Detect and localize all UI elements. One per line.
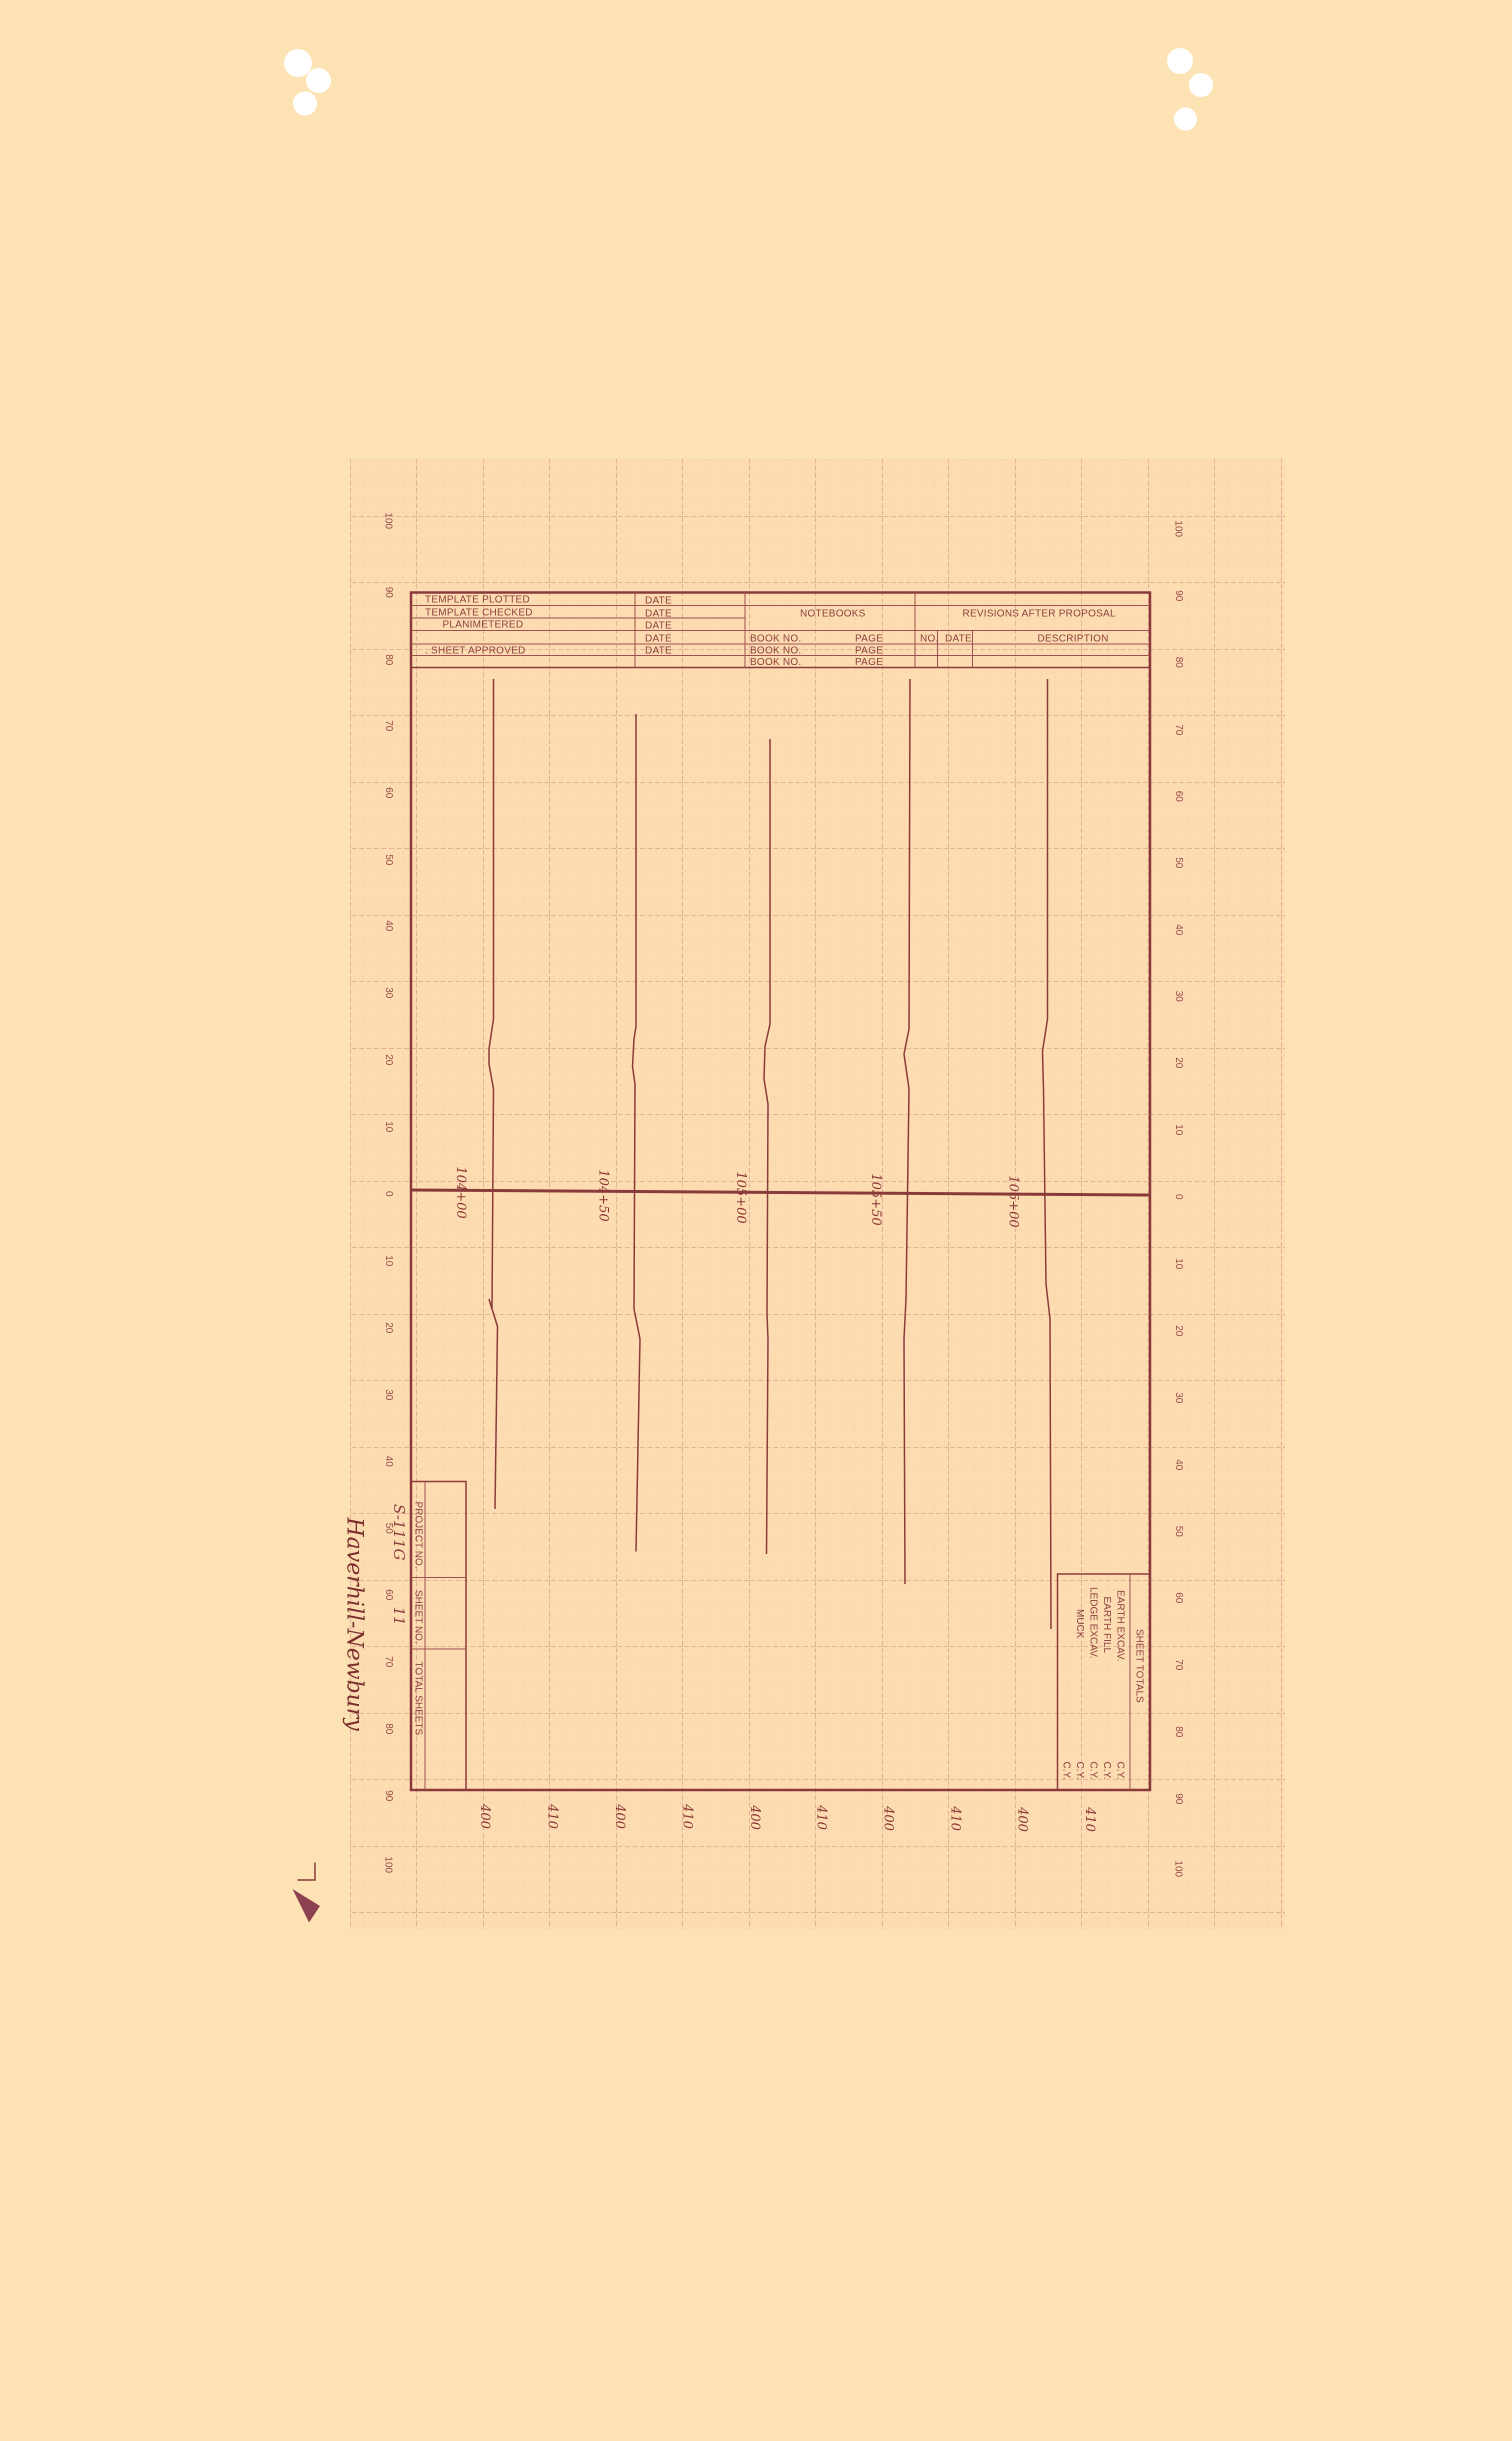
axis-label: 80 <box>1173 656 1184 667</box>
station-label: 106+00 <box>1006 1175 1021 1228</box>
axis-label: 0 <box>383 1191 394 1196</box>
template-checked-label: TEMPLATE CHECKED <box>425 607 532 618</box>
template-plotted-label: TEMPLATE PLOTTED <box>425 594 530 605</box>
page-label: PAGE <box>855 633 883 644</box>
axis-label: 10 <box>383 1255 394 1266</box>
elevation-label: 400 <box>477 1804 492 1829</box>
axis-label: 30 <box>383 987 394 998</box>
axis-label: 0 <box>1173 1194 1184 1199</box>
axis-label: 60 <box>383 1589 394 1600</box>
date-label: DATE <box>645 633 672 644</box>
axis-label: 10 <box>383 1121 394 1132</box>
project-no-value: S-111G <box>390 1504 407 1560</box>
punch-hole <box>293 91 317 115</box>
elevation-label: 410 <box>814 1805 829 1830</box>
date-label: DATE <box>645 645 672 656</box>
axis-label: 60 <box>1173 1592 1184 1603</box>
sheet-totals-title: SHEET TOTALS <box>1133 1629 1145 1702</box>
punch-hole <box>1189 73 1213 97</box>
earth-excav-unit: C.Y. <box>1114 1761 1126 1779</box>
project-no-label: PROJECT NO. <box>412 1501 424 1568</box>
page-label: PAGE <box>855 645 883 656</box>
axis-label: 30 <box>1173 1392 1184 1403</box>
station-label: 104+00 <box>453 1166 468 1219</box>
blank-unit: C.Y. <box>1060 1761 1072 1779</box>
sheet-no-label: SHEET NO. <box>412 1590 424 1643</box>
axis-label: 50 <box>1173 857 1184 868</box>
axis-label: 20 <box>1173 1057 1184 1068</box>
book-no-label: BOOK NO. <box>750 656 801 668</box>
ledge-excav-label: LEDGE EXCAV. <box>1087 1587 1099 1658</box>
axis-label: 40 <box>383 1455 394 1466</box>
sheet-no-value: 11 <box>390 1606 407 1625</box>
notebooks-header: NOTEBOOKS <box>800 608 865 619</box>
page-label: PAGE <box>855 656 883 668</box>
book-no-label: BOOK NO. <box>750 645 801 656</box>
revisions-header: REVISIONS AFTER PROPOSAL <box>962 608 1116 619</box>
axis-label: 80 <box>1173 1726 1184 1737</box>
axis-label: 90 <box>1173 1793 1184 1804</box>
sheet-approved-label: . SHEET APPROVED <box>425 645 525 656</box>
axis-label: 70 <box>383 720 394 731</box>
punch-hole <box>1174 107 1197 130</box>
axis-label: 40 <box>1173 924 1184 935</box>
graph-paper-grid <box>350 459 1285 1929</box>
axis-label: 40 <box>1173 1459 1184 1470</box>
ledge-excav-unit: C.Y. <box>1087 1761 1099 1779</box>
axis-label: 50 <box>383 854 394 865</box>
punch-hole <box>1167 48 1193 74</box>
planimetered-label: PLANIMETERED <box>442 619 523 630</box>
earth-fill-unit: C.Y. <box>1101 1761 1112 1779</box>
corner-bracket-mark <box>292 1860 322 1890</box>
muck-label: MUCK <box>1074 1609 1085 1638</box>
axis-label: 20 <box>383 1322 394 1333</box>
revision-date-column: DATE <box>945 633 972 644</box>
axis-label: 30 <box>1173 990 1184 1001</box>
axis-label: 40 <box>383 920 394 931</box>
revision-no-column: NO. <box>920 633 938 644</box>
axis-label: 60 <box>1173 790 1184 801</box>
axis-label: 100 <box>382 1856 394 1873</box>
axis-label: 90 <box>383 1790 394 1801</box>
station-label: 105+50 <box>868 1173 883 1226</box>
punch-hole <box>306 68 331 93</box>
axis-label: 10 <box>1173 1258 1184 1269</box>
axis-label: 100 <box>1172 520 1184 537</box>
elevation-label: 410 <box>680 1804 695 1829</box>
elevation-label: 400 <box>881 1806 896 1831</box>
date-label: DATE <box>645 595 672 606</box>
total-sheets-label: TOTAL SHEETS <box>412 1661 424 1735</box>
axis-label: 70 <box>383 1656 394 1667</box>
axis-label: 80 <box>383 1723 394 1734</box>
elevation-label: 400 <box>747 1805 762 1830</box>
elevation-label: 400 <box>612 1804 627 1829</box>
station-label: 105+00 <box>733 1171 748 1224</box>
station-label: 104+50 <box>596 1169 611 1222</box>
date-label: DATE <box>645 620 672 631</box>
book-no-label: BOOK NO. <box>750 633 801 644</box>
earth-fill-label: EARTH FILL <box>1101 1596 1112 1653</box>
earth-excav-label: EARTH EXCAV. <box>1114 1590 1126 1661</box>
cross-section-sheet: TEMPLATE PLOTTED TEMPLATE CHECKED PLANIM… <box>350 459 1285 1929</box>
corner-triangle-marker <box>290 1885 350 1945</box>
axis-label: 50 <box>1173 1525 1184 1536</box>
axis-label: 100 <box>382 512 394 529</box>
axis-label: 10 <box>1173 1124 1184 1135</box>
axis-label: 20 <box>1173 1325 1184 1336</box>
handwritten-title: Haverhill-Newbury <box>342 1517 367 1731</box>
elevation-label: 410 <box>948 1806 963 1831</box>
axis-label: 70 <box>1173 724 1184 735</box>
elevation-label: 410 <box>1082 1807 1097 1832</box>
date-label: DATE <box>645 608 672 619</box>
axis-label: 90 <box>1173 590 1184 601</box>
revision-description-column: DESCRIPTION <box>1037 633 1108 644</box>
axis-label: 80 <box>383 654 394 665</box>
axis-label: 100 <box>1172 1860 1184 1877</box>
elevation-label: 400 <box>1015 1807 1030 1832</box>
axis-label: 30 <box>383 1389 394 1400</box>
axis-label: 20 <box>383 1054 394 1065</box>
elevation-label: 410 <box>545 1804 560 1829</box>
axis-label: 60 <box>383 787 394 798</box>
axis-label: 90 <box>383 586 394 597</box>
axis-label: 70 <box>1173 1659 1184 1670</box>
muck-unit: C.Y. <box>1074 1761 1085 1779</box>
